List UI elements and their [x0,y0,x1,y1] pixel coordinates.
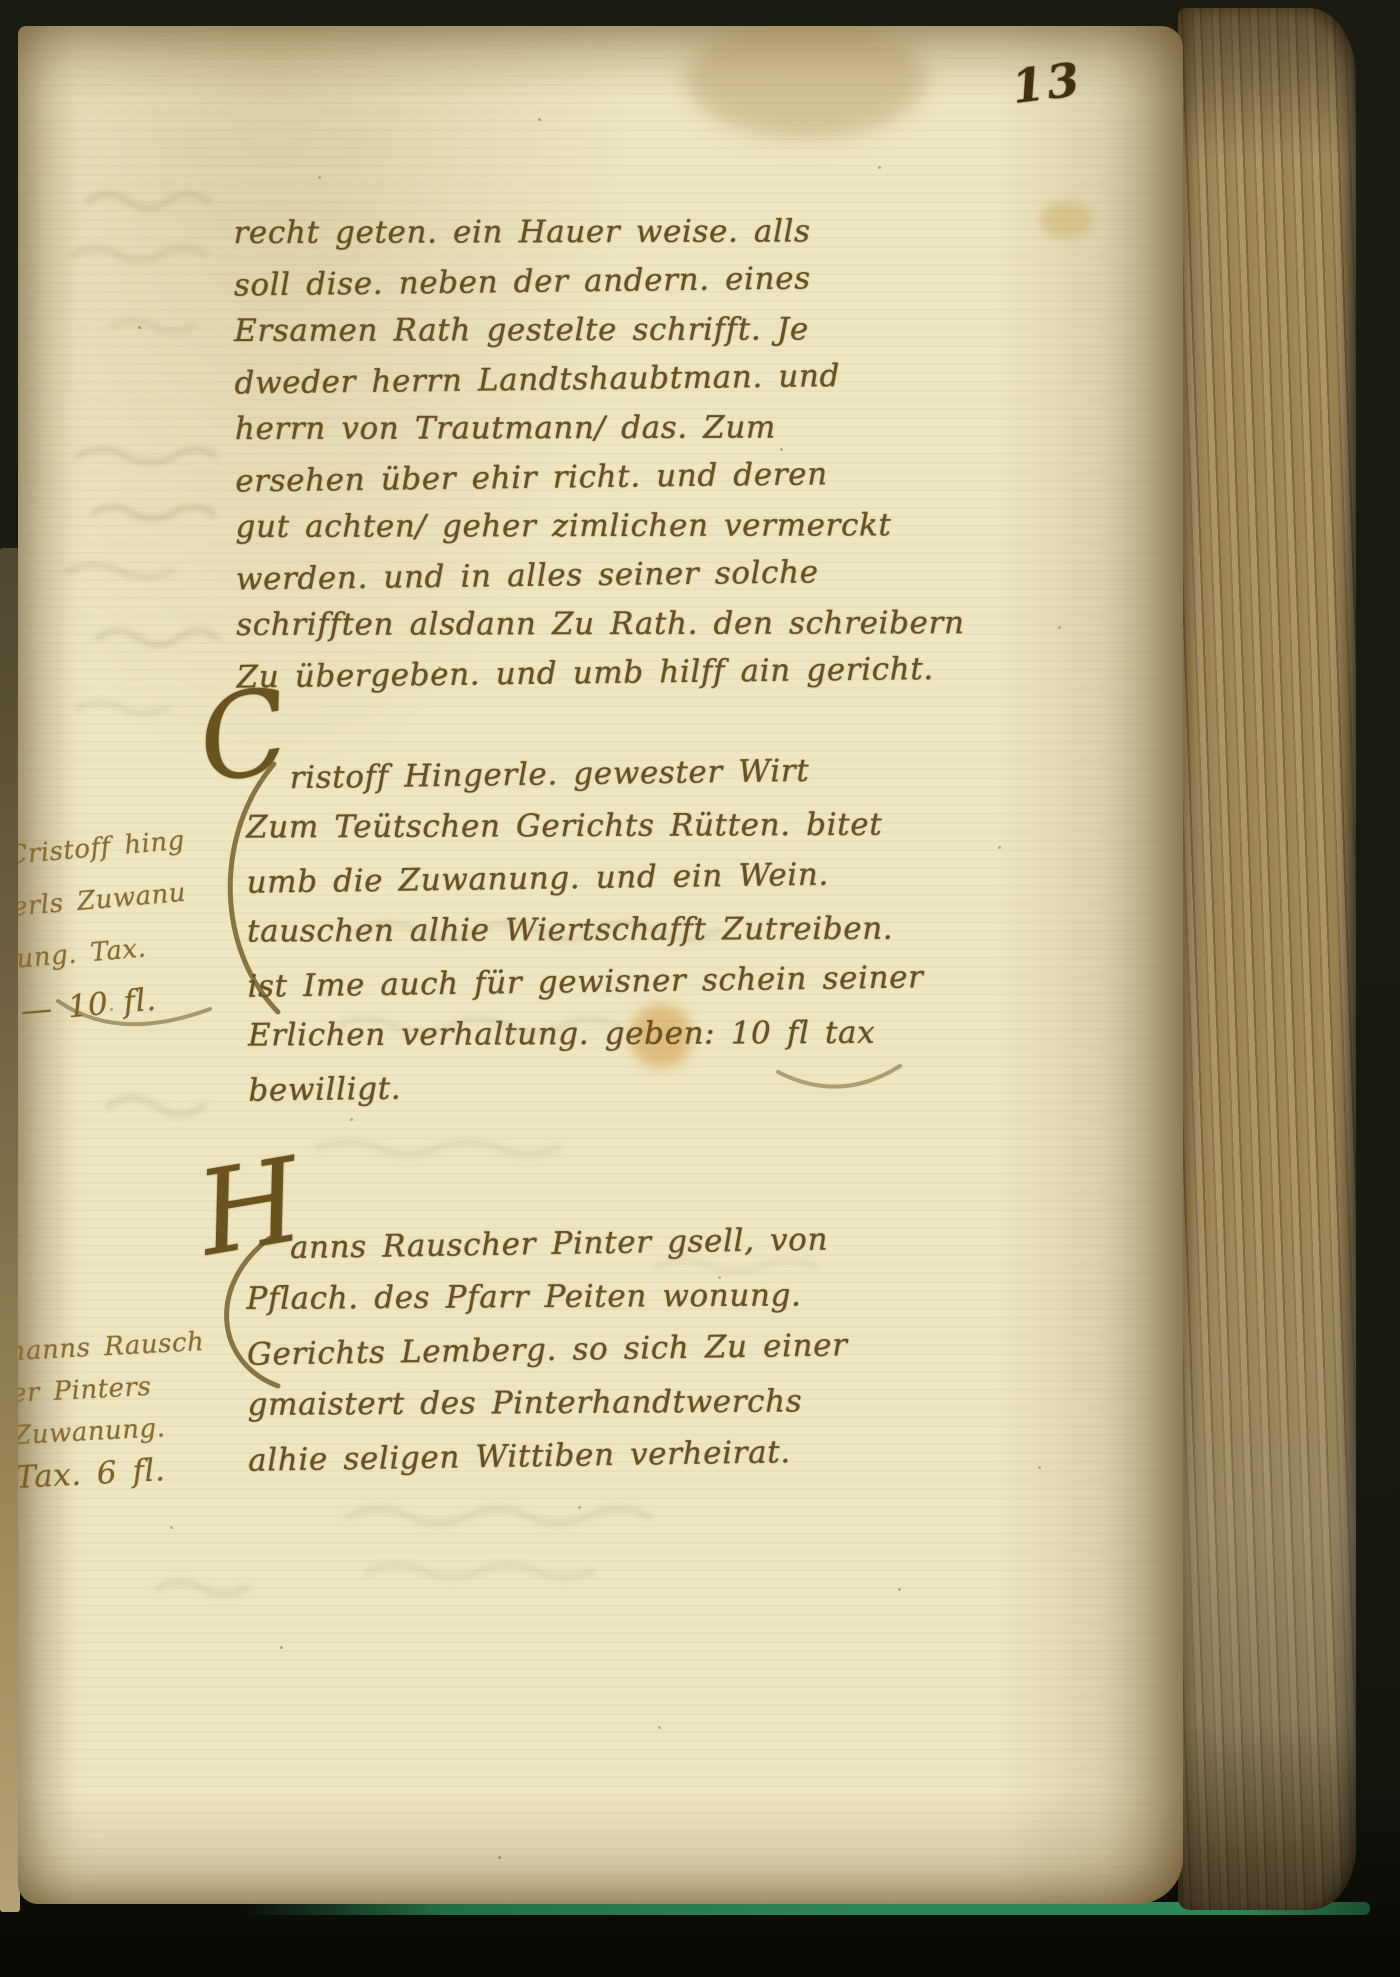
manuscript-line: gmaistert des Pinterhandtwerchs [247,1375,848,1432]
manuscript-line: Ersamen Rath gestelte schrifft. Je [234,305,962,356]
manuscript-line: umb die Zuwanung. und ein Wein. [246,847,923,908]
manuscript-line: Zum Teütschen Gerichts Rütten. bitet [246,799,922,854]
manuscript-photo: 13 recht geten. ein Hauer weise. alls so… [0,0,1400,1977]
manuscript-line: alhie seligen Wittiben verheirat. [248,1425,849,1487]
manuscript-line: schrifften alsdann Zu Rath. den schreibe… [236,599,964,650]
manuscript-line: recht geten. ein Hauer weise. alls [233,207,961,258]
manuscript-line: anns Rauscher Pinter gsell, von [246,1213,847,1275]
left-page-edges [0,548,20,1912]
fore-edge [1178,8,1356,1910]
paper-specks [18,26,21,29]
stain [1040,202,1092,238]
margin-note-1: Cristoff hing erls Zuwanu ung. Tax. — 10… [18,815,201,1038]
fore-edge-shading [1178,8,1356,1910]
body-paragraph-2: C ristoff Hingerle. gewester Wirt Zum Te… [245,745,924,1115]
manuscript-line: Erlichen verhaltung. geben: 10 fl tax [248,1007,924,1062]
body-paragraph-1: recht geten. ein Hauer weise. alls soll … [233,205,965,700]
body-paragraph-3: H anns Rauscher Pinter gsell, von Pflach… [246,1215,849,1486]
manuscript-line: soll dise. neben der andern. eines [234,253,963,311]
manuscript-line: ist Ime auch für gewisner schein seiner [247,951,924,1012]
manuscript-line: dweder herrn Landtshaubtman. und [234,351,963,409]
manuscript-line: bewilligt. [248,1055,925,1116]
manuscript-line: werden. und in alles seiner solche [236,547,965,605]
manuscript-line: tauschen alhie Wiertschafft Zutreiben. [247,903,923,958]
manuscript-line: herrn von Trautmann/ das. Zum [235,403,963,454]
manuscript-line: ristoff Hingerle. gewester Wirt [245,743,922,804]
page-number: 13 [1009,52,1085,114]
book-page: 13 recht geten. ein Hauer weise. alls so… [18,26,1183,1904]
manuscript-line: Zu übergeben. und umb hilff ain gericht. [236,645,965,703]
manuscript-line: gut achten/ geher zimlichen vermerckt [235,501,963,552]
manuscript-line: Pflach. des Pfarr Peiten wonung. [246,1269,847,1326]
manuscript-line: ersehen über ehir richt. und deren [235,449,964,507]
stain [686,26,926,138]
margin-note-tax-amount: Tax. 6 fl. [18,1447,212,1499]
manuscript-line: Gerichts Lemberg. so sich Zu einer [247,1319,848,1381]
margin-note-2: hanns Rausch er Pinters Zuwanung. Tax. 6… [18,1321,212,1499]
